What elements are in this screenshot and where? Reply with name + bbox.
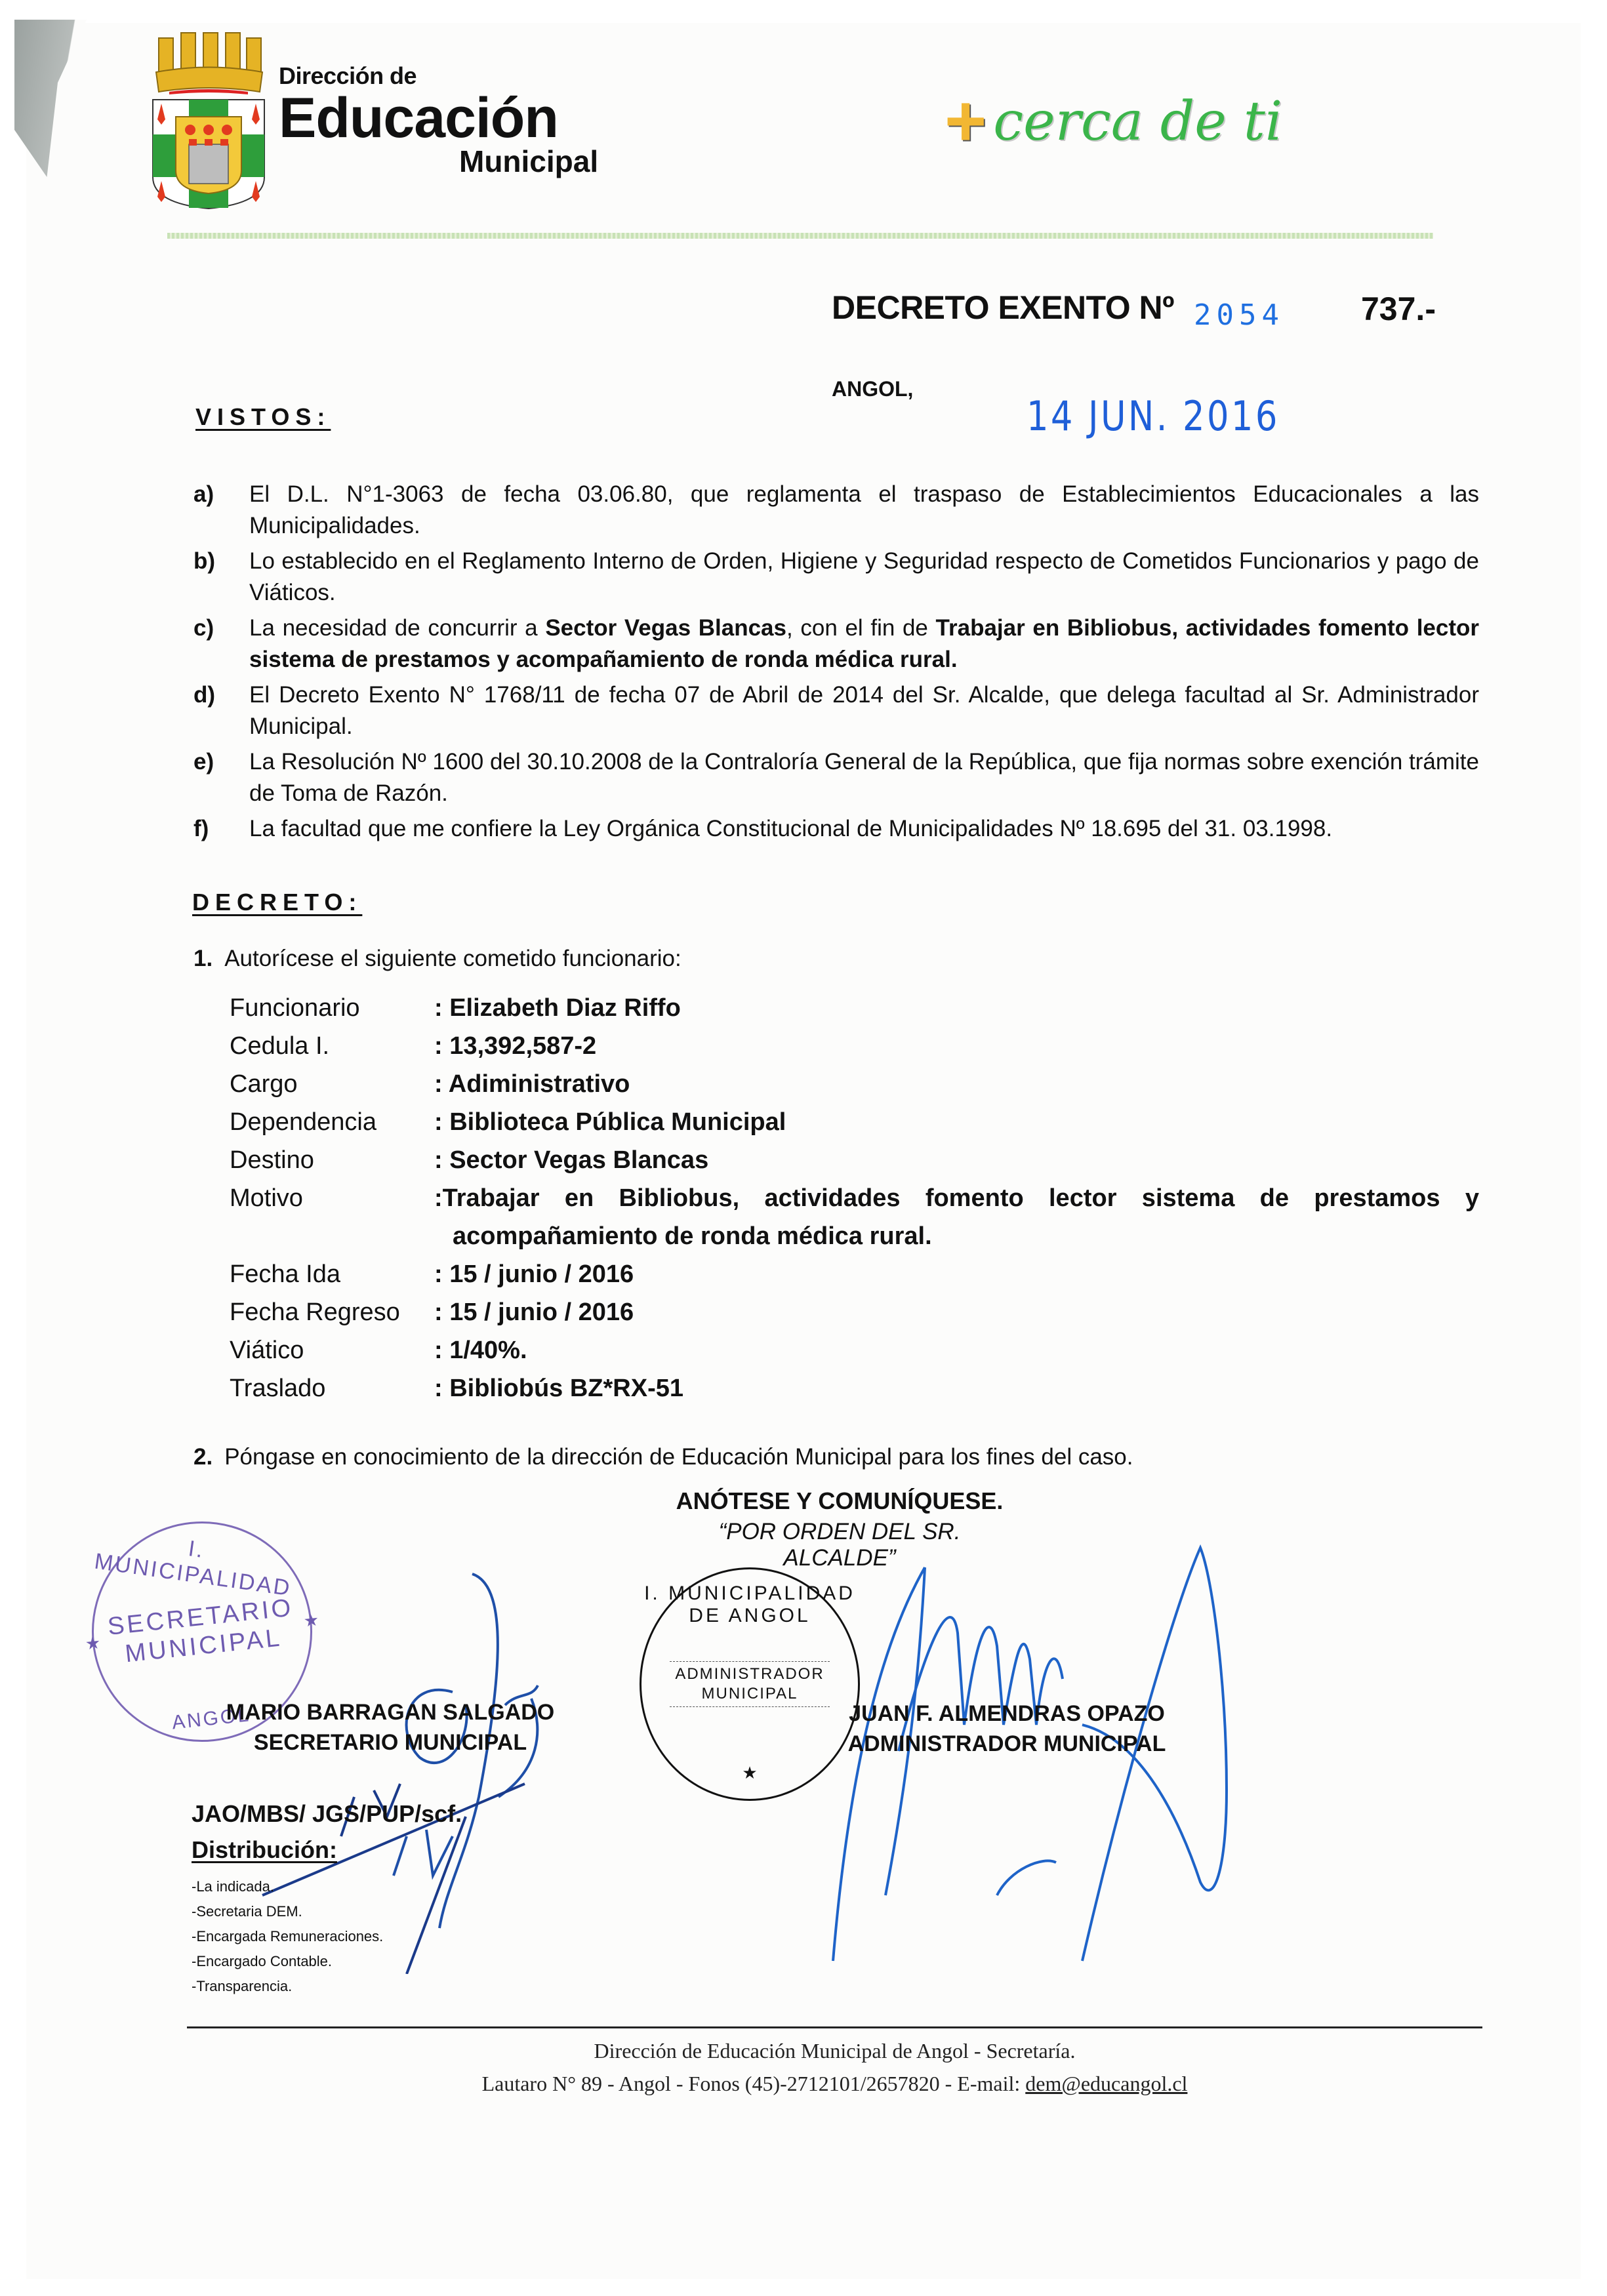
decree-number-typed: 737.- [1361,290,1436,328]
item-text: El Decreto Exento N° 1768/11 de fecha 07… [249,679,1479,742]
vistos-heading: VISTOS: [195,403,331,431]
administrador-seal-stamp: I. MUNICIPALIDAD DE ANGOL ADMINISTRADOR … [640,1567,860,1801]
footer-line1: Dirección de Educación Municipal de Ango… [187,2034,1482,2067]
decree-number-stamp: 2054 [1194,298,1284,332]
item-text: Póngase en conocimiento de la dirección … [224,1444,1133,1470]
signer-title: SECRETARIO MUNICIPAL [213,1727,567,1758]
field-row: Fecha Ida: 15 / junio / 2016 [230,1255,1479,1293]
vistos-item: c) La necesidad de concurrir a Sector Ve… [193,613,1479,675]
field-value: : 13,392,587-2 [434,1027,1479,1065]
field-key: Dependencia [230,1103,434,1141]
signer-name: MARIO BARRAGAN SALGADO [213,1697,567,1727]
seal-ring-text: I. MUNICIPALIDAD DE ANGOL [641,1582,858,1627]
item-text: Lo establecido en el Reglamento Interno … [249,546,1479,609]
field-value: :Trabajar en Bibliobus, actividades fome… [434,1179,1479,1255]
date-stamp: 14 JUN. 2016 [1027,392,1280,440]
closing-block: ANÓTESE Y COMUNÍQUESE. “POR ORDEN DEL SR… [676,1487,1004,1571]
decreto-heading: DECRETO: [192,889,362,916]
star-icon: ★ [302,1609,319,1631]
footer-line2: Lautaro N° 89 - Angol - Fonos (45)-27121… [187,2067,1482,2100]
reference-initials: JAO/MBS/ JGS/PUP/scf. [192,1800,462,1828]
field-value: : 15 / junio / 2016 [434,1255,1479,1293]
field-key: Funcionario [230,989,434,1027]
field-key: Viático [230,1331,434,1369]
field-row: Destino: Sector Vegas Blancas [230,1141,1479,1179]
field-row: Traslado: Bibliobús BZ*RX-51 [230,1369,1479,1407]
field-key: Cargo [230,1065,434,1103]
vistos-item: a) El D.L. N°1-3063 de fecha 03.06.80, q… [193,479,1479,542]
seal-center: ADMINISTRADOR MUNICIPAL [670,1661,829,1707]
field-value: : Sector Vegas Blancas [434,1141,1479,1179]
field-row: Fecha Regreso: 15 / junio / 2016 [230,1293,1479,1331]
brand-line2: Educación [279,91,598,145]
field-value: : Adiministrativo [434,1065,1479,1103]
brand-line1: Dirección de [279,62,598,90]
document-page: Dirección de Educación Municipal + cerca… [0,0,1607,2296]
item-text: La facultad que me confiere la Ley Orgán… [249,813,1479,845]
distribution-heading: Distribución: [192,1836,337,1864]
city-label: ANGOL, [832,377,913,401]
item-text: El D.L. N°1-3063 de fecha 03.06.80, que … [249,479,1479,542]
field-row: Viático: 1/40%. [230,1331,1479,1369]
field-value: : 1/40%. [434,1331,1479,1369]
field-row: Motivo:Trabajar en Bibliobus, actividade… [230,1179,1479,1255]
field-row: Dependencia: Biblioteca Pública Municipa… [230,1103,1479,1141]
item-label: c) [193,613,249,675]
field-key: Fecha Ida [230,1255,434,1293]
seal-center-line1: ADMINISTRADOR [675,1664,824,1684]
field-value-line2: acompañamiento de ronda médica rural. [434,1217,1479,1255]
signer-administrador: JUAN F. ALMENDRAS OPAZO ADMINISTRADOR MU… [830,1699,1184,1759]
plus-icon: + [945,85,987,157]
coat-of-arms-icon [150,26,268,210]
field-value: : Biblioteca Pública Municipal [434,1103,1479,1141]
field-key: Traslado [230,1369,434,1407]
field-value: : 15 / junio / 2016 [434,1293,1479,1331]
distribution-list: -La indicada. -Secretaria DEM. -Encargad… [192,1874,383,1999]
item-number: 1. [193,946,213,971]
decreto-item-2: 2.Póngase en conocimiento de la direcció… [193,1441,1479,1473]
decree-title: DECRETO EXENTO Nº [832,289,1174,327]
distribution-item: -Secretaria DEM. [192,1899,383,1924]
footer: Dirección de Educación Municipal de Ango… [187,2034,1482,2100]
field-row: Cargo: Adiministrativo [230,1065,1479,1103]
item-text-bold: Sector Vegas Blancas [545,615,786,641]
vistos-item: b) Lo establecido en el Reglamento Inter… [193,546,1479,609]
field-row: Cedula I.: 13,392,587-2 [230,1027,1479,1065]
signer-title: ADMINISTRADOR MUNICIPAL [830,1729,1184,1759]
field-value-line1: :Trabajar en Bibliobus, actividades fome… [434,1179,1479,1217]
slogan-text: cerca de ti [993,91,1282,153]
item-label: f) [193,813,249,845]
footer-divider [187,2026,1482,2028]
closing-line2: “POR ORDEN DEL SR. ALCALDE” [676,1519,1004,1571]
vistos-item: e) La Resolución Nº 1600 del 30.10.2008 … [193,746,1479,809]
item-text: La necesidad de concurrir a Sector Vegas… [249,613,1479,675]
star-icon: ★ [84,1632,101,1654]
header-divider [167,233,1433,239]
closing-line1: ANÓTESE Y COMUNÍQUESE. [676,1487,1004,1515]
distribution-item: -Transparencia. [192,1974,383,1999]
star-icon: ★ [742,1763,757,1783]
brand-wordmark: Dirección de Educación Municipal [279,62,598,179]
cometido-fields: Funcionario: Elizabeth Diaz Riffo Cedula… [230,989,1479,1407]
distribution-item: -Encargada Remuneraciones. [192,1924,383,1949]
signer-secretario: MARIO BARRAGAN SALGADO SECRETARIO MUNICI… [213,1697,567,1758]
distribution-item: -La indicada. [192,1874,383,1899]
signer-name: JUAN F. ALMENDRAS OPAZO [830,1699,1184,1729]
item-label: e) [193,746,249,809]
vistos-item: d) El Decreto Exento N° 1768/11 de fecha… [193,679,1479,742]
footer-email-link[interactable]: dem@educangol.cl [1025,2072,1187,2095]
field-value: : Bibliobús BZ*RX-51 [434,1369,1479,1407]
item-text: La Resolución Nº 1600 del 30.10.2008 de … [249,746,1479,809]
vistos-item: f) La facultad que me confiere la Ley Or… [193,813,1479,845]
item-text: Autorícese el siguiente cometido funcion… [224,946,681,971]
decreto-item-1: 1.Autorícese el siguiente cometido funci… [193,943,681,975]
item-label: d) [193,679,249,742]
item-text-part: La necesidad de concurrir a [249,615,545,641]
seal-center-line2: MUNICIPAL [675,1684,824,1704]
distribution-item: -Encargado Contable. [192,1949,383,1974]
footer-address: Lautaro N° 89 - Angol - Fonos (45)-27121… [482,2072,1026,2095]
slogan: + cerca de ti [945,85,1282,157]
field-key: Destino [230,1141,434,1179]
field-key: Motivo [230,1179,434,1255]
vistos-list: a) El D.L. N°1-3063 de fecha 03.06.80, q… [193,479,1479,849]
item-label: a) [193,479,249,542]
item-text-part: , con el fin de [786,615,936,641]
field-row: Funcionario: Elizabeth Diaz Riffo [230,989,1479,1027]
field-key: Fecha Regreso [230,1293,434,1331]
item-number: 2. [193,1444,213,1470]
item-label: b) [193,546,249,609]
field-value: : Elizabeth Diaz Riffo [434,989,1479,1027]
brand-line3: Municipal [459,144,598,179]
field-key: Cedula I. [230,1027,434,1065]
